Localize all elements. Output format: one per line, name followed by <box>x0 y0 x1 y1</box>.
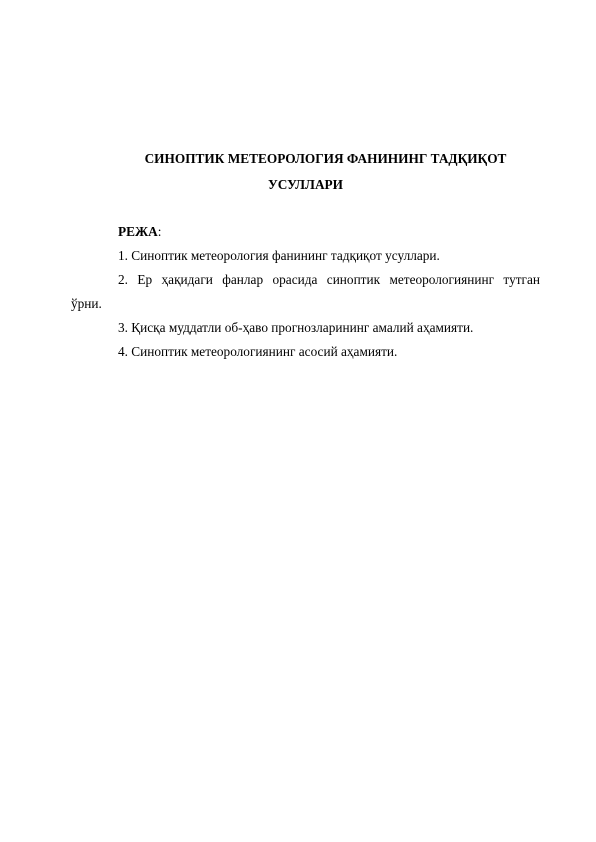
plan-label: РЕЖА <box>118 224 158 239</box>
plan-item-3: 3. Қисқа муддатли об-ҳаво прогнозларинин… <box>118 320 473 336</box>
document-title-line-1: СИНОПТИК МЕТЕОРОЛОГИЯ ФАНИНИНГ ТАДҚИҚОТ <box>71 151 540 167</box>
document-page: СИНОПТИК МЕТЕОРОЛОГИЯ ФАНИНИНГ ТАДҚИҚОТ … <box>0 0 596 842</box>
plan-item-2: 2. Ер ҳақидаги фанлар орасида синоптик м… <box>118 272 540 288</box>
plan-heading: РЕЖА: <box>118 224 161 240</box>
plan-item-1: 1. Синоптик метеорология фанининг тадқиқ… <box>118 248 440 264</box>
plan-item-4: 4. Синоптик метеорологиянинг асосий аҳам… <box>118 344 397 360</box>
document-title-line-2: УСУЛЛАРИ <box>71 177 540 193</box>
plan-item-2-continuation: ўрни. <box>71 296 102 312</box>
plan-colon: : <box>158 224 162 239</box>
